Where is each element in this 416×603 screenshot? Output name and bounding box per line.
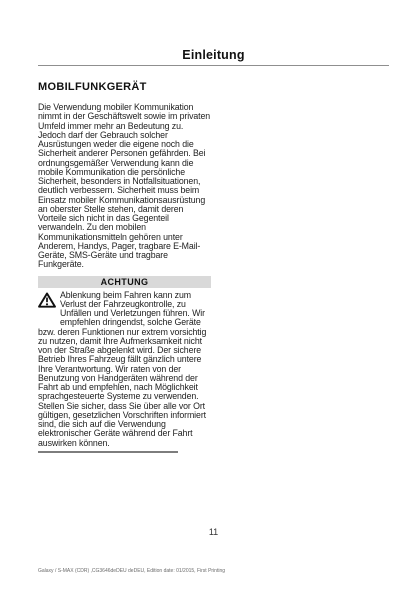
header-rule (38, 65, 389, 66)
page-number: 11 (38, 527, 389, 537)
page-header: Einleitung (38, 48, 389, 66)
warning-text: Ablenkung beim Fahren kann zum Verlust d… (38, 290, 206, 448)
intro-paragraph: Die Verwendung mobiler Kommunikation nim… (38, 103, 211, 270)
warning-label: ACHTUNG (38, 276, 211, 288)
warning-triangle-icon (38, 291, 60, 319)
content-column: MOBILFUNKGERÄT Die Verwendung mobiler Ko… (38, 81, 211, 453)
footer-imprint: Galaxy / S-MAX (CDR) ,CG3646deDEU deDEU,… (38, 568, 398, 574)
warning-box: ACHTUNG Ablenkung beim Fahren kann zum V… (38, 276, 211, 453)
page-title: Einleitung (38, 48, 389, 62)
warning-body: Ablenkung beim Fahren kann zum Verlust d… (38, 291, 211, 448)
warning-end-rule (38, 451, 178, 453)
section-title: MOBILFUNKGERÄT (38, 81, 211, 93)
manual-page: Einleitung MOBILFUNKGERÄT Die Verwendung… (0, 0, 416, 603)
